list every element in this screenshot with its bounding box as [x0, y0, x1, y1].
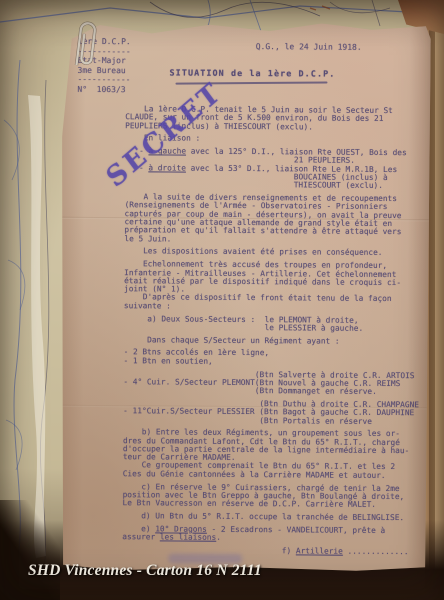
doc-line: d) Un Btn du 5° R.I.T. occupe la tranché…: [122, 512, 426, 522]
doc-line: Cies du Génie cantonnées à la Carrière M…: [123, 470, 427, 480]
doc-line: Les dispositions avaient été prises en c…: [124, 248, 428, 258]
doc-line: Dans chaque S/Secteur un Régiment ayant …: [124, 336, 428, 346]
dateline: Q.G., le 24 Juin 1918.: [256, 42, 362, 52]
document-page: 1ère D.C.P. ----------- Etat-Major 3me B…: [56, 17, 432, 574]
secret-stamp: SECRET: [85, 75, 246, 194]
archive-caption: SHD Vincennes - Carton 16 N 2111: [28, 562, 262, 580]
paper-stack-edge: [435, 0, 444, 585]
doc-line: - 1 Btn en soutien,: [124, 357, 428, 367]
photo-backdrop-corner: [0, 500, 60, 600]
archive-photo: 1ère D.C.P. ----------- Etat-Major 3me B…: [0, 0, 444, 600]
secret-stamp-text: SECRET: [101, 76, 228, 194]
doc-line: le PLESSIER à gauche.: [124, 323, 428, 333]
